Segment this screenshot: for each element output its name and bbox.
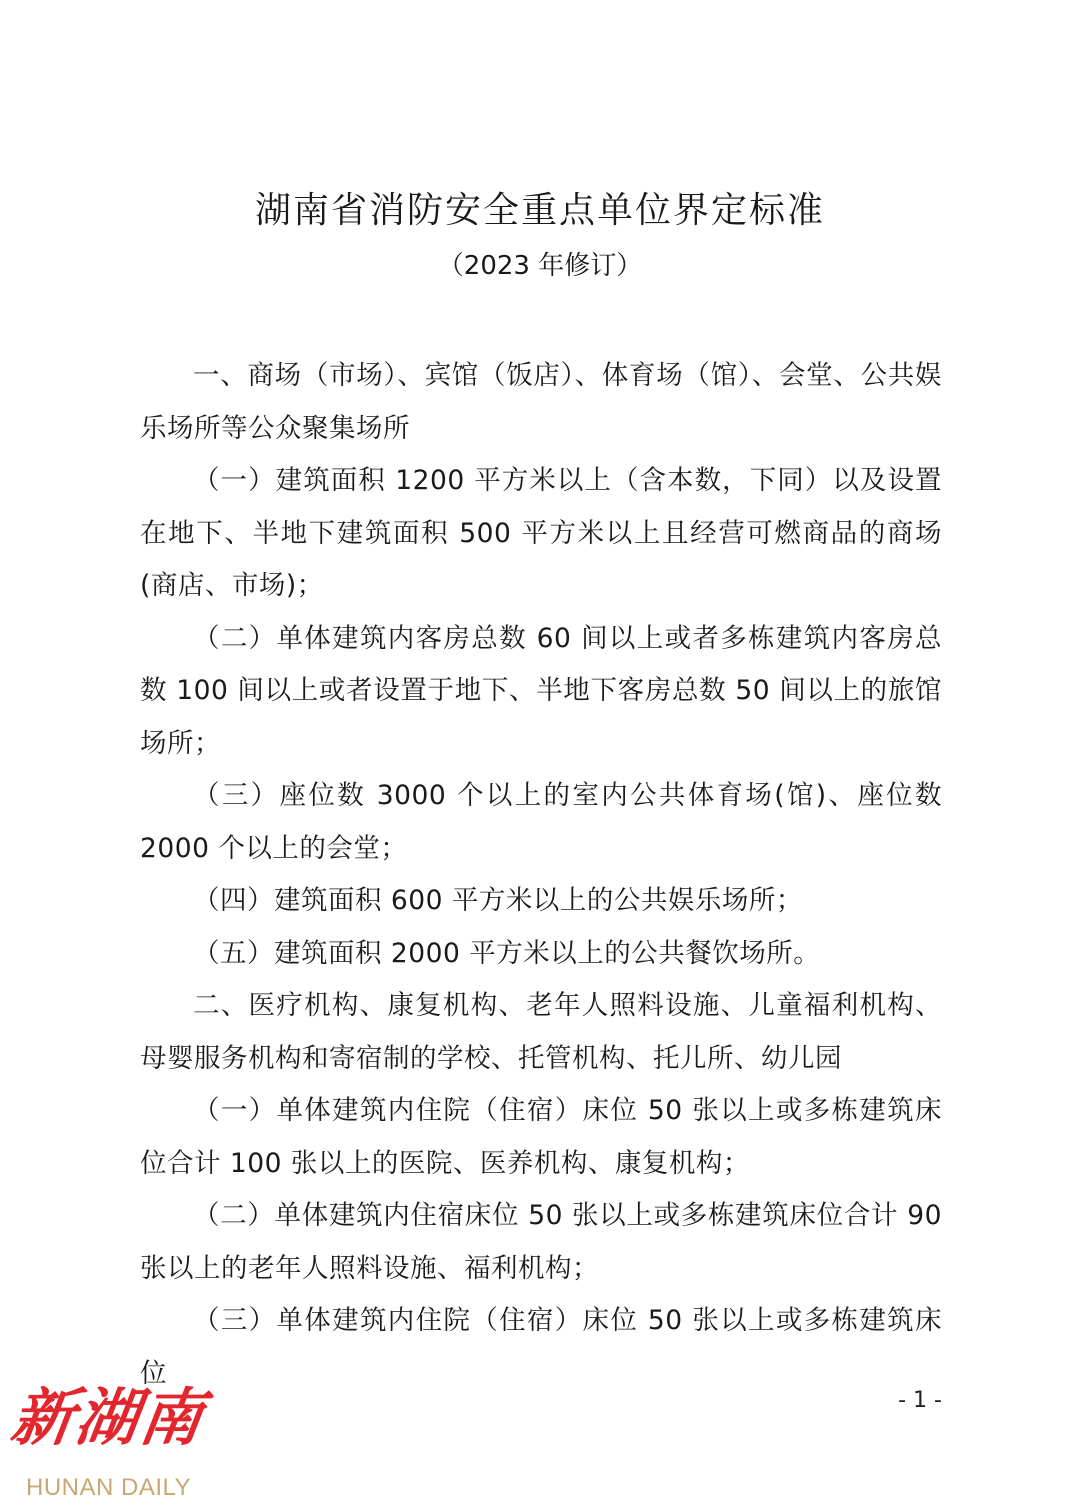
- document-title: 湖南省消防安全重点单位界定标准: [0, 186, 1080, 236]
- section-heading-2: 二、医疗机构、康复机构、老年人照料设施、儿童福利机构、母婴服务机构和寄宿制的学校…: [140, 980, 942, 1085]
- section-heading-1: 一、商场（市场）、宾馆（饭店）、体育场（馆）、会堂、公共娱乐场所等公众聚集场所: [140, 350, 942, 455]
- document-subtitle: （2023 年修订）: [0, 246, 1080, 286]
- clause-2-3: （三）单体建筑内住院（住宿）床位 50 张以上或多栋建筑床位: [140, 1295, 942, 1400]
- clause-2-1: （一）单体建筑内住院（住宿）床位 50 张以上或多栋建筑床位合计 100 张以上…: [140, 1085, 942, 1190]
- clause-1-3: （三）座位数 3000 个以上的室内公共体育场(馆)、座位数 2000 个以上的…: [140, 770, 942, 875]
- document-body: 一、商场（市场）、宾馆（饭店）、体育场（馆）、会堂、公共娱乐场所等公众聚集场所 …: [140, 350, 942, 1400]
- clause-1-1: （一）建筑面积 1200 平方米以上（含本数，下同）以及设置在地下、半地下建筑面…: [140, 455, 942, 613]
- clause-1-4: （四）建筑面积 600 平方米以上的公共娱乐场所；: [140, 875, 942, 928]
- page-number: - 1 -: [890, 1386, 950, 1416]
- hunan-daily-logo: 新湖南 HUNAN DAILY: [4, 1378, 224, 1506]
- logo-chinese-text: 新湖南: [6, 1378, 209, 1458]
- clause-1-2: （二）单体建筑内客房总数 60 间以上或者多栋建筑内客房总数 100 间以上或者…: [140, 613, 942, 771]
- document-page: 湖南省消防安全重点单位界定标准 （2023 年修订） 一、商场（市场）、宾馆（饭…: [0, 0, 1080, 1506]
- clause-1-5: （五）建筑面积 2000 平方米以上的公共餐饮场所。: [140, 928, 942, 981]
- logo-english-text: HUNAN DAILY: [26, 1474, 191, 1502]
- clause-2-2: （二）单体建筑内住宿床位 50 张以上或多栋建筑床位合计 90 张以上的老年人照…: [140, 1190, 942, 1295]
